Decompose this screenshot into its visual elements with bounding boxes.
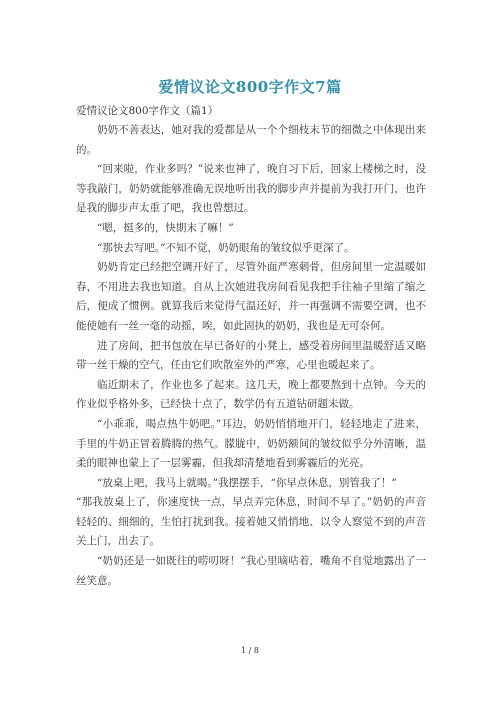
document-body: 奶奶不善表达，她对我的爱都是从一个个细枝末节的细微之中体现出来的。 “回来啦，作…	[76, 121, 426, 591]
paragraph: 进了房间，把书包放在早已备好的小凳上，感受着房间里温暖舒适又略带一丝干燥的空气，…	[76, 337, 426, 376]
paragraph: “小乖乖，喝点热牛奶吧。”耳边，奶奶悄悄地开门，轻轻地走了进来，手里的牛奶正冒着…	[76, 415, 426, 474]
paragraph: “奶奶还是一如既往的唠叨呀！”我心里嘀咕着，嘴角不自觉地露出了一丝笑意。	[76, 552, 426, 591]
paragraph: “回来啦，作业多吗？”说来也神了，晚自习下后，回家上楼梯之时，没等我敲门，奶奶就…	[76, 160, 426, 219]
paragraph: “嗯，挺多的，快期末了嘛！”	[76, 219, 426, 239]
paragraph: “那快去写吧。”不知不觉，奶奶眼角的皱纹似乎更深了。	[76, 239, 426, 259]
document-page: 爱情议论文800字作文7篇 爱情议论文800字作文（篇1） 奶奶不善表达，她对我…	[0, 0, 500, 707]
document-title: 爱情议论文800字作文7篇	[0, 76, 500, 97]
paragraph: 奶奶肯定已经把空调开好了，尽管外面严寒刺骨，但房间里一定温暖如春，不用进去我也知…	[76, 258, 426, 336]
paragraph: 奶奶不善表达，她对我的爱都是从一个个细枝末节的细微之中体现出来的。	[76, 121, 426, 160]
paragraph: “那我放桌上了，你速度快一点，早点弄完休息，时间不早了。”奶奶的声音轻轻的、细细…	[76, 493, 426, 552]
paragraph: 临近期末了，作业也多了起来。这几天，晚上都要熬到十点钟。今天的作业似乎格外多，已…	[76, 376, 426, 415]
paragraph: “放桌上吧，我马上就喝。”我摆摆手，“你早点休息，别管我了！”	[76, 474, 426, 494]
section-heading: 爱情议论文800字作文（篇1）	[76, 103, 218, 118]
page-number: 1 / 8	[0, 646, 500, 655]
